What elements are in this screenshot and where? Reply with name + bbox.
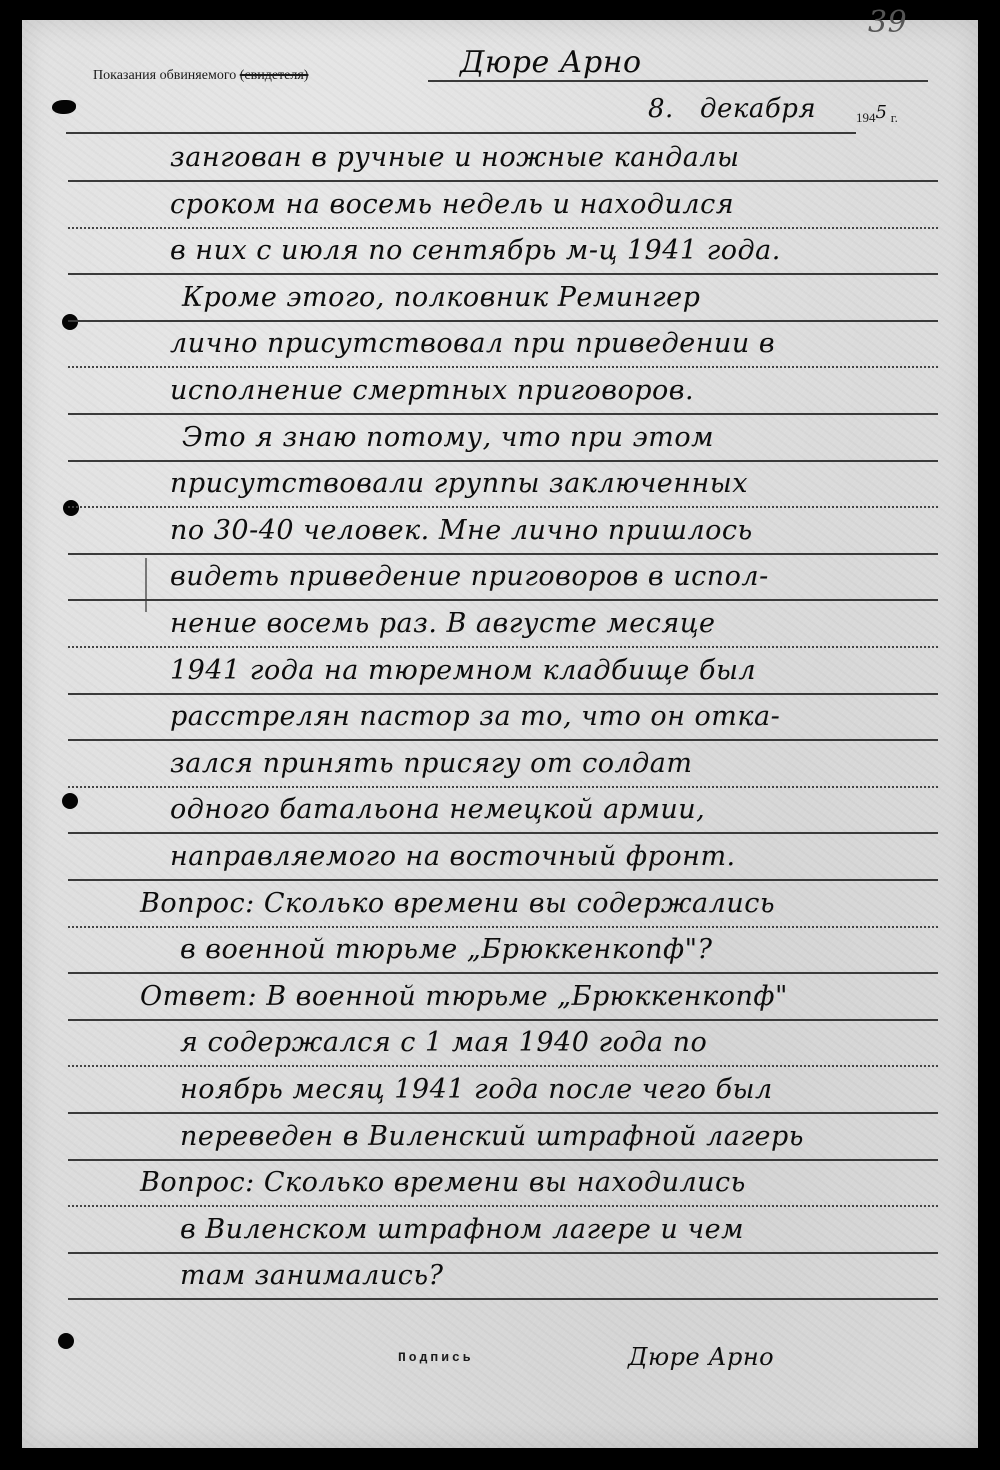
handwritten-line: нение восемь раз. В августе месяце — [170, 610, 716, 637]
handwritten-line: Ответ: В военной тюрьме „Брюккенкопф" — [140, 983, 788, 1010]
date-day: 8. — [648, 96, 674, 122]
handwritten-line: направляемого на восточный фронт. — [170, 843, 736, 870]
handwritten-line: в военной тюрьме „Брюккенкопф"? — [180, 936, 713, 963]
ruled-line — [68, 460, 938, 462]
handwritten-line: 1941 года на тюремном кладбище был — [170, 657, 756, 684]
ruled-line — [68, 972, 938, 974]
ruled-line — [68, 1112, 938, 1114]
ruled-line — [68, 926, 938, 928]
ruled-line — [68, 739, 938, 741]
ruled-line — [68, 553, 938, 555]
ruled-line — [68, 786, 938, 788]
subject-name: Дюре Арно — [460, 48, 642, 78]
handwritten-line: Вопрос: Сколько времени вы находились — [140, 1169, 746, 1196]
margin-mark — [145, 558, 147, 612]
handwritten-line: сроком на восемь недель и находился — [170, 191, 734, 218]
ruled-line — [68, 413, 938, 415]
handwritten-line: в них с июля по сентябрь м-ц 1941 года. — [170, 237, 781, 264]
header-date-rule — [66, 132, 856, 134]
handwritten-line: там занимались? — [180, 1262, 444, 1289]
handwritten-line: одного батальона немецкой армии, — [170, 796, 705, 823]
ruled-line — [68, 366, 938, 368]
handwritten-line: Это я знаю потому, что при этом — [182, 424, 714, 451]
header-label-text: Показания обвиняемого — [93, 68, 236, 83]
handwritten-line: видеть приведение приговоров в испол- — [170, 563, 769, 590]
ruled-line — [68, 320, 938, 322]
ruled-line — [68, 180, 938, 182]
ruled-line — [68, 1205, 938, 1207]
date-year-suffix: г. — [891, 110, 898, 125]
punch-hole — [62, 314, 78, 330]
handwritten-line: зангован в ручные и ножные кандалы — [170, 144, 740, 171]
handwritten-line: ноябрь месяц 1941 года после чего был — [180, 1076, 773, 1103]
punch-hole — [63, 500, 79, 516]
header-label: Показания обвиняемого (свидетеля) — [93, 68, 308, 84]
signature-label: Подпись — [398, 1350, 474, 1365]
ruled-line — [68, 832, 938, 834]
handwritten-line: я содержался с 1 мая 1940 года по — [180, 1029, 707, 1056]
date-month: декабря — [700, 96, 816, 122]
ruled-line — [68, 227, 938, 229]
handwritten-line: Вопрос: Сколько времени вы содержались — [140, 890, 775, 917]
handwritten-line: зался принять присягу от солдат — [170, 750, 692, 777]
ruled-line — [68, 599, 938, 601]
ruled-line — [68, 1159, 938, 1161]
handwritten-line: Кроме этого, полковник Ремингер — [182, 284, 700, 311]
punch-hole — [62, 793, 78, 809]
ruled-line — [68, 506, 938, 508]
signature: Дюре Арно — [628, 1345, 774, 1369]
ruled-line — [68, 1252, 938, 1254]
date-year-handwritten: 5 — [876, 102, 888, 123]
handwritten-line: по 30-40 человек. Мне лично пришлось — [170, 517, 753, 544]
page-number: 39 — [868, 8, 907, 38]
handwritten-line: лично присутствовал при приведении в — [170, 330, 775, 357]
ruled-line — [68, 1298, 938, 1300]
ruled-line — [68, 1019, 938, 1021]
ruled-line — [68, 693, 938, 695]
date-year: 1945 г. — [856, 108, 898, 126]
handwritten-line: в Виленском штрафном лагере и чем — [180, 1216, 744, 1243]
handwritten-line: исполнение смертных приговоров. — [170, 377, 694, 404]
ruled-line — [68, 646, 938, 648]
punch-hole — [58, 1333, 74, 1349]
ruled-line — [68, 879, 938, 881]
ruled-line — [68, 273, 938, 275]
header-label-struck: (свидетеля) — [240, 68, 309, 83]
ruled-line — [68, 1065, 938, 1067]
handwritten-line: расстрелян пастор за то, что он отка- — [170, 703, 780, 730]
handwritten-line: переведен в Виленский штрафной лагерь — [180, 1123, 804, 1150]
date-year-printed: 194 — [856, 110, 876, 125]
header-name-rule — [428, 80, 928, 82]
punch-hole — [52, 100, 76, 114]
handwritten-line: присутствовали группы заключенных — [170, 470, 748, 497]
